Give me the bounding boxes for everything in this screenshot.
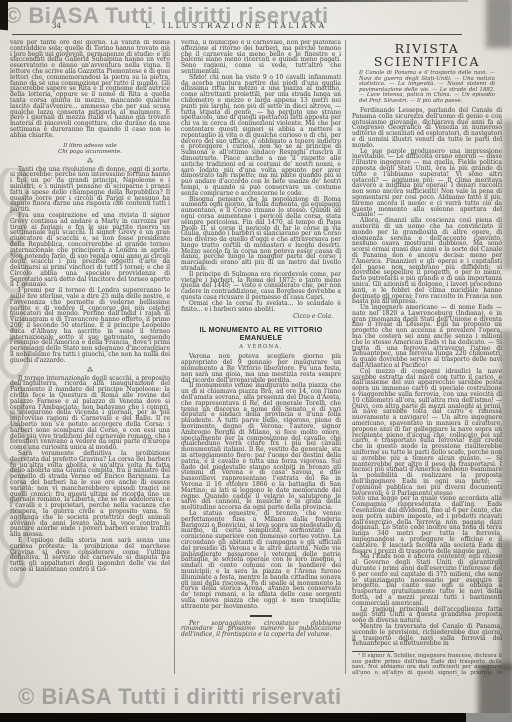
column-signature: Cicco e Cola.: [181, 313, 341, 321]
section-heading-rivista: RIVISTA SCIENTIFICA: [352, 42, 502, 68]
column-divider: [174, 40, 175, 674]
footnote-rule: [352, 651, 394, 652]
paragraph: Bisogna pensare che la popolazione di Ro…: [181, 197, 341, 272]
verse-couplet: Il libro adesso vale Chi paga sicurament…: [10, 143, 170, 155]
scan-artifact-bottom-bar: [0, 713, 466, 722]
article-summary: Il Canale di Panama e il trasporto delle…: [359, 71, 495, 104]
paragraph: Un ingegnere americano — di nome Eads — …: [352, 305, 502, 369]
paragraph: Fra una cospirazione ed una rivista il s…: [10, 213, 170, 288]
scanned-magazine-page: 34 L' ILLUSTRAZIONE ITALIANA vare per ta…: [0, 0, 512, 722]
article-subheading: A VERONA.: [181, 344, 341, 350]
paragraph: vare per tante ore del giorno. La vanità…: [10, 40, 170, 139]
column-divider: [345, 40, 346, 674]
copyright-watermark-top: © BiASA Tutti i diritti riservati: [5, 3, 329, 29]
paragraph: La statua equestre, di bronzo, che venne…: [181, 511, 341, 610]
paragraph: Sfido! chi non ha visto 9 o 10 cavalli i…: [181, 75, 341, 197]
paragraph: E l'epilogo della storia non sarà senza …: [10, 538, 170, 573]
scan-artifact-bottom-bar-gray: [466, 713, 512, 722]
paragraph: Col mezzo di congegni idraulici la nave …: [352, 369, 502, 497]
copyright-watermark-bottom: © BiASA Tutti i diritti riservati: [18, 684, 342, 710]
paragraph: Verona non poteva scegliere giorno più a…: [181, 354, 341, 383]
paragraph: Le ragioni principali dell'accoglienza f…: [352, 607, 502, 624]
paragraph: Mentre la traversata del Canale di Panam…: [352, 624, 502, 647]
scan-artifact-right-edge: [501, 330, 512, 500]
column-left: vare per tante ore del giorno. La vanità…: [10, 40, 170, 676]
paragraph: Ormai che la corsa fu svelata... lo scan…: [181, 301, 341, 313]
paragraph: I premi per il torneo di Londra superera…: [10, 288, 170, 363]
column-middle: verna, il municipio e il carnevale, non …: [181, 40, 341, 676]
paragraph: Il monumento venne inaugurato nella piaz…: [181, 383, 341, 511]
section-divider-icon: ⁂: [10, 365, 170, 375]
paragraph: Le sue parole produssero una impressione…: [352, 149, 502, 219]
scan-artifact-top-edge: [0, 0, 468, 2]
paragraph: Tanti che una rivoluzione di donne, oggi…: [10, 167, 170, 213]
paragraph: votò una legge per la quale viene accord…: [352, 496, 502, 554]
footnote: ¹ Il signor A. Schiller, ingegnere franc…: [352, 654, 502, 676]
paragraph: Sarà veramente definitiva la proibizione…: [10, 451, 170, 538]
header-rule: [12, 34, 462, 35]
scan-artifact-right-edge: [503, 120, 512, 270]
paragraph: Ferdinando Lesseps, parlando del Canale …: [352, 108, 502, 149]
paragraph: verna, il municipio e il carnevale, non …: [181, 40, 341, 75]
paragraph: Il torneo internazionale degli scacchi, …: [10, 376, 170, 451]
paragraph: Ma l'Eads non è ancora contento; egli ch…: [352, 554, 502, 606]
section-divider-icon: ⁂: [10, 156, 170, 166]
article-heading-monument: IL MONUMENTO AL RE VITTORIO EMANUELE: [181, 326, 341, 342]
end-divider: [250, 615, 272, 617]
paragraph: Allora, dinanzi alla coscienza così pien…: [352, 218, 502, 305]
paragraph: Il principe di Sulmona era ricordevole c…: [181, 272, 341, 301]
column-right: RIVISTA SCIENTIFICA Il Canale di Panama …: [352, 40, 502, 676]
editorial-notice: Per sopraggiunte circostanze dobbiamo ri…: [181, 621, 341, 639]
